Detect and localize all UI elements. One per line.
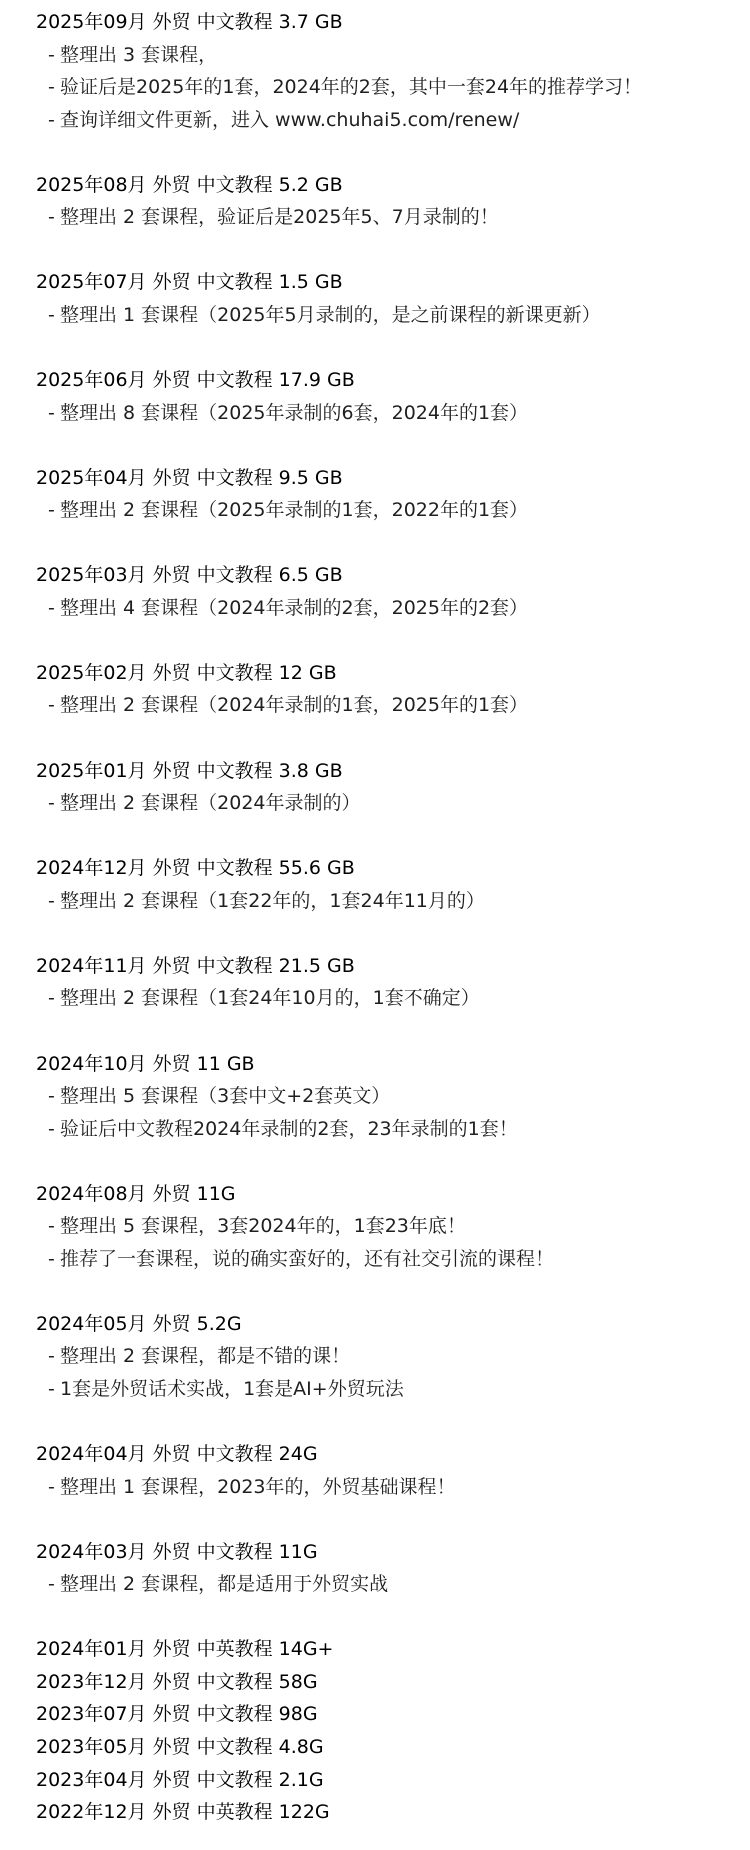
dash-marker: - [48,1113,60,1146]
entry-2024-11: 2024年11月 外贸 中文教程 21.5 GB -整理出 2 套课程（1套24… [36,950,750,1015]
dash-marker: - [48,1080,60,1113]
note-text: 整理出 2 套课程（2024年录制的1套，2025年的1套） [60,694,528,716]
entry-title: 2024年04月 外贸 中文教程 24G [36,1438,750,1471]
archive-item: 2024年01月 外贸 中英教程 14G+ [36,1633,750,1666]
entry-title: 2025年09月 外贸 中文教程 3.7 GB [36,6,750,39]
entry-2025-07: 2025年07月 外贸 中文教程 1.5 GB -整理出 1 套课程（2025年… [36,266,750,331]
dash-marker: - [48,1210,60,1243]
note-text: 整理出 1 套课程，2023年的，外贸基础课程！ [60,1476,456,1498]
note-text: 整理出 1 套课程（2025年5月录制的，是之前课程的新课更新） [60,304,601,326]
entry-2025-09: 2025年09月 外贸 中文教程 3.7 GB -整理出 3 套课程， -验证后… [36,6,750,136]
entry-note: -整理出 1 套课程，2023年的，外贸基础课程！ [36,1471,750,1504]
spacer [36,136,750,169]
entry-title: 2025年08月 外贸 中文教程 5.2 GB [36,169,750,202]
archive-item: 2023年12月 外贸 中文教程 58G [36,1666,750,1699]
entry-note: -整理出 3 套课程， [36,39,750,72]
dash-marker: - [48,494,60,527]
entry-2024-04: 2024年04月 外贸 中文教程 24G -整理出 1 套课程，2023年的，外… [36,1438,750,1503]
note-text: 整理出 2 套课程（2025年录制的1套，2022年的1套） [60,499,528,521]
note-text: 整理出 3 套课程， [60,44,217,66]
dash-marker: - [48,39,60,72]
entry-title: 2024年10月 外贸 11 GB [36,1048,750,1081]
spacer [36,429,750,462]
entry-2024-12: 2024年12月 外贸 中文教程 55.6 GB -整理出 2 套课程（1套22… [36,852,750,917]
entry-note: -整理出 2 套课程（1套24年10月的，1套不确定） [36,982,750,1015]
archive-list: 2024年01月 外贸 中英教程 14G+ 2023年12月 外贸 中文教程 5… [36,1633,750,1828]
archive-item: 2023年05月 外贸 中文教程 4.8G [36,1731,750,1764]
spacer [36,1503,750,1536]
spacer [36,1601,750,1634]
dash-marker: - [48,104,60,137]
spacer [36,527,750,560]
entry-title: 2024年11月 外贸 中文教程 21.5 GB [36,950,750,983]
entry-2025-03: 2025年03月 外贸 中文教程 6.5 GB -整理出 4 套课程（2024年… [36,559,750,624]
entry-note: -整理出 2 套课程（2024年录制的） [36,787,750,820]
entry-2024-08: 2024年08月 外贸 11G -整理出 5 套课程，3套2024年的，1套23… [36,1178,750,1276]
entry-2025-06: 2025年06月 外贸 中文教程 17.9 GB -整理出 8 套课程（2025… [36,364,750,429]
note-text: 验证后中文教程2024年录制的2套，23年录制的1套！ [60,1118,518,1140]
note-text-with-link[interactable]: 查询详细文件更新，进入 www.chuhai5.com/renew/ [60,109,519,131]
spacer [36,820,750,853]
entry-title: 2024年05月 外贸 5.2G [36,1308,750,1341]
archive-item: 2023年04月 外贸 中文教程 2.1G [36,1764,750,1797]
entry-title: 2024年08月 外贸 11G [36,1178,750,1211]
dash-marker: - [48,1471,60,1504]
dash-marker: - [48,201,60,234]
entry-title: 2025年02月 外贸 中文教程 12 GB [36,657,750,690]
dash-marker: - [48,787,60,820]
entry-2025-08: 2025年08月 外贸 中文教程 5.2 GB -整理出 2 套课程，验证后是2… [36,169,750,234]
entry-title: 2025年06月 外贸 中文教程 17.9 GB [36,364,750,397]
dash-marker: - [48,1568,60,1601]
dash-marker: - [48,1243,60,1276]
entry-note: -查询详细文件更新，进入 www.chuhai5.com/renew/ [36,104,750,137]
dash-marker: - [48,592,60,625]
entry-title: 2024年03月 外贸 中文教程 11G [36,1536,750,1569]
entry-note: -验证后中文教程2024年录制的2套，23年录制的1套！ [36,1113,750,1146]
entry-note: -整理出 2 套课程（1套22年的，1套24年11月的） [36,885,750,918]
entry-note: -验证后是2025年的1套，2024年的2套，其中一套24年的推荐学习！ [36,71,750,104]
dash-marker: - [48,885,60,918]
entry-2025-04: 2025年04月 外贸 中文教程 9.5 GB -整理出 2 套课程（2025年… [36,462,750,527]
note-text: 整理出 2 套课程，都是不错的课！ [60,1345,350,1367]
dash-marker: - [48,397,60,430]
spacer [36,234,750,267]
spacer [36,331,750,364]
note-text: 整理出 2 套课程（1套24年10月的，1套不确定） [60,987,480,1009]
entry-note: -整理出 2 套课程，都是不错的课！ [36,1340,750,1373]
entry-note: -整理出 1 套课程（2025年5月录制的，是之前课程的新课更新） [36,299,750,332]
entry-note: -整理出 2 套课程（2025年录制的1套，2022年的1套） [36,494,750,527]
entry-note: -整理出 4 套课程（2024年录制的2套，2025年的2套） [36,592,750,625]
entry-title: 2025年03月 外贸 中文教程 6.5 GB [36,559,750,592]
entry-2024-03: 2024年03月 外贸 中文教程 11G -整理出 2 套课程，都是适用于外贸实… [36,1536,750,1601]
note-text: 整理出 2 套课程，都是适用于外贸实战 [60,1573,388,1595]
note-text: 1套是外贸话术实战，1套是AI+外贸玩法 [60,1378,404,1400]
spacer [36,722,750,755]
note-text: 整理出 8 套课程（2025年录制的6套，2024年的1套） [60,402,528,424]
note-text: 整理出 2 套课程，验证后是2025年5、7月录制的！ [60,206,499,228]
entry-title: 2024年12月 外贸 中文教程 55.6 GB [36,852,750,885]
entry-2025-01: 2025年01月 外贸 中文教程 3.8 GB -整理出 2 套课程（2024年… [36,755,750,820]
note-text: 验证后是2025年的1套，2024年的2套，其中一套24年的推荐学习！ [60,76,642,98]
entry-note: -整理出 8 套课程（2025年录制的6套，2024年的1套） [36,397,750,430]
note-text: 推荐了一套课程，说的确实蛮好的，还有社交引流的课程！ [60,1248,554,1270]
archive-item: 2022年12月 外贸 中英教程 122G [36,1796,750,1829]
entry-note: -1套是外贸话术实战，1套是AI+外贸玩法 [36,1373,750,1406]
entry-note: -整理出 2 套课程（2024年录制的1套，2025年的1套） [36,689,750,722]
spacer [36,1406,750,1439]
entry-title: 2025年01月 外贸 中文教程 3.8 GB [36,755,750,788]
note-text: 整理出 2 套课程（1套22年的，1套24年11月的） [60,890,485,912]
entry-note: -整理出 2 套课程，都是适用于外贸实战 [36,1568,750,1601]
note-text: 整理出 5 套课程（3套中文+2套英文） [60,1085,390,1107]
dash-marker: - [48,982,60,1015]
entry-note: -整理出 2 套课程，验证后是2025年5、7月录制的！ [36,201,750,234]
spacer [36,624,750,657]
update-log: 2025年09月 外贸 中文教程 3.7 GB -整理出 3 套课程， -验证后… [36,6,750,1829]
entry-2024-05: 2024年05月 外贸 5.2G -整理出 2 套课程，都是不错的课！ -1套是… [36,1308,750,1406]
spacer [36,1015,750,1048]
entry-2024-10: 2024年10月 外贸 11 GB -整理出 5 套课程（3套中文+2套英文） … [36,1048,750,1146]
entry-note: -整理出 5 套课程，3套2024年的，1套23年底！ [36,1210,750,1243]
note-text: 整理出 5 套课程，3套2024年的，1套23年底！ [60,1215,466,1237]
dash-marker: - [48,689,60,722]
dash-marker: - [48,1373,60,1406]
dash-marker: - [48,1340,60,1373]
archive-item: 2023年07月 外贸 中文教程 98G [36,1698,750,1731]
entry-title: 2025年07月 外贸 中文教程 1.5 GB [36,266,750,299]
dash-marker: - [48,299,60,332]
note-text: 整理出 4 套课程（2024年录制的2套，2025年的2套） [60,597,528,619]
note-text: 整理出 2 套课程（2024年录制的） [60,792,361,814]
entry-title: 2025年04月 外贸 中文教程 9.5 GB [36,462,750,495]
spacer [36,1275,750,1308]
entry-2025-02: 2025年02月 外贸 中文教程 12 GB -整理出 2 套课程（2024年录… [36,657,750,722]
entry-note: -推荐了一套课程，说的确实蛮好的，还有社交引流的课程！ [36,1243,750,1276]
entry-note: -整理出 5 套课程（3套中文+2套英文） [36,1080,750,1113]
spacer [36,1145,750,1178]
spacer [36,917,750,950]
dash-marker: - [48,71,60,104]
